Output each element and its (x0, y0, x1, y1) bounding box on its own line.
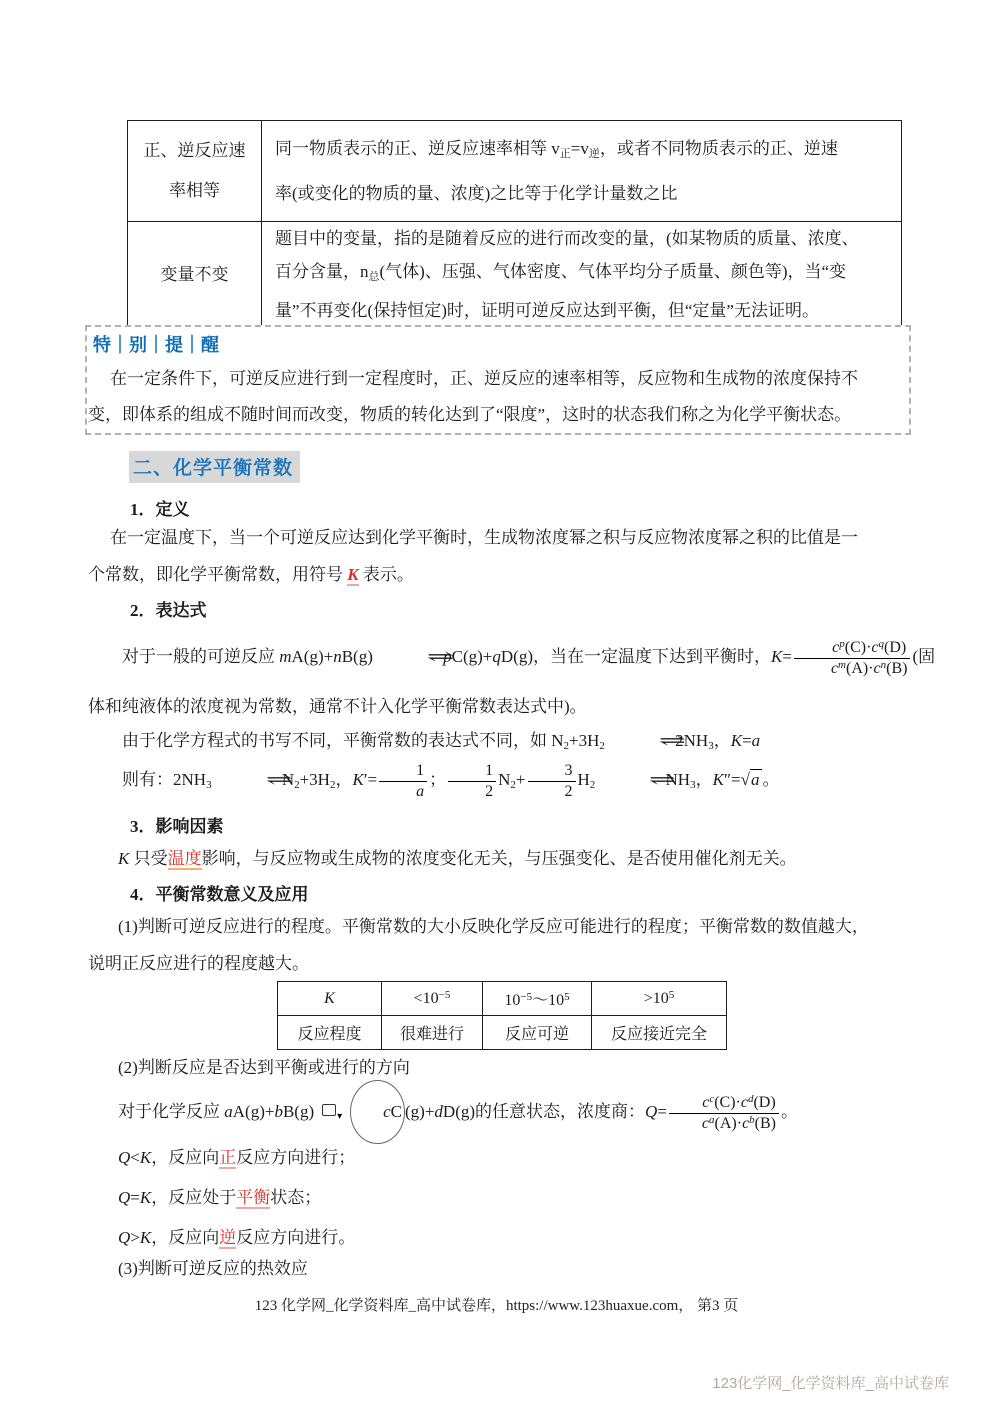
highlighted-term-forward: 正 (219, 1148, 236, 1169)
k-range-table: K <10−5 10−5～105 >105 反应程度 很难进行 反应可逆 反应接… (277, 981, 727, 1050)
formula-line: 对于化学反应 aA(g)+bB(g)▾cC(g)+dD(g)的任意状态，浓度商：… (88, 1080, 920, 1144)
equilibrium-arrow-icon: ⇌ (362, 626, 454, 688)
judge-criteria-table: 正、逆反应速 率相等 同一物质表示的正、逆反应速率相等 v正=v逆，或者不同物质… (127, 120, 902, 328)
formula-line: 对于一般的可逆反应 mA(g)+nB(g)⇌pC(g)+qD(g)，当在一定温度… (88, 626, 920, 688)
desc-line: 量”不再变化(保持恒定)时，证明可逆反应达到平衡，但“定量”无法证明。 (275, 294, 893, 327)
paragraph-line: 体和纯液体的浓度视为常数，通常不计入化学平衡常数表达式中)。 (88, 688, 920, 725)
equilibrium-arrow-icon: ⇌ (201, 752, 293, 808)
subsection-title-definition: 1．定义 (130, 495, 190, 520)
term-line: 正、逆反应速 (129, 131, 260, 171)
subsection-title-factors: 3．影响因素 (130, 812, 224, 837)
q-equal-line: Q=K，反应处于平衡状态； (88, 1178, 920, 1218)
subsection-title-expression: 2．表达式 (130, 596, 207, 621)
cell-reversible: 反应可逆 (483, 1016, 592, 1050)
watermark-text: 123化学网_化学资料库_高中试卷库 (712, 1372, 949, 1393)
fraction-three-halves: 32 (528, 761, 576, 802)
special-reminder-line: 在一定条件下，可逆反应进行到一定程度时，正、逆反应的速率相等，反应物和生成物的浓… (88, 361, 908, 397)
table-row: 反应程度 很难进行 反应可逆 反应接近完全 (278, 1016, 727, 1050)
desc-line: 率(或变化的物质的量、浓度)之比等于化学计量数之比 (275, 174, 893, 214)
fraction-one-half: 12 (448, 761, 496, 802)
cell-complete: 反应接近完全 (592, 1016, 727, 1050)
cell-degree-label: 反应程度 (278, 1016, 382, 1050)
paragraph-line: (3)判断可逆反应的热效应 (88, 1250, 920, 1287)
header-cell-gt: >105 (592, 982, 727, 1016)
document-page: 正、逆反应速 率相等 同一物质表示的正、逆反应速率相等 v正=v逆，或者不同物质… (0, 0, 993, 1404)
paragraph-line: 个常数，即化学平衡常数，用符号 K 表示。 (88, 556, 920, 593)
paragraph-line: (1)判断可逆反应进行的程度。平衡常数的大小反映化学反应可能进行的程度；平衡常数… (88, 908, 920, 945)
term-line: 率相等 (129, 171, 260, 211)
expression-paragraph: 对于一般的可逆反应 mA(g)+nB(g)⇌pC(g)+qD(g)，当在一定温度… (88, 626, 920, 725)
paragraph-line: K 只受温度影响，与反应物或生成物的浓度变化无关，与压强变化、是否使用催化剂无关… (88, 840, 920, 877)
term-cell: 正、逆反应速 率相等 (128, 121, 262, 222)
table-row: 正、逆反应速 率相等 同一物质表示的正、逆反应速率相等 v正=v逆，或者不同物质… (128, 121, 902, 222)
formula-line: 则有：2NH3⇌N2+3H2，K′=1a；12N2+32H2⇌NH3，K″=√a… (88, 752, 920, 813)
desc-cell: 题目中的变量，指的是随着反应的进行而改变的量，(如某物质的质量、浓度、 百分含量… (262, 222, 902, 328)
desc-line: 题目中的变量，指的是随着反应的进行而改变的量，(如某物质的质量、浓度、 (275, 222, 893, 255)
thermal-effect-paragraph: (3)判断可逆反应的热效应 (88, 1250, 920, 1287)
header-cell-range: 10−5～105 (483, 982, 592, 1016)
special-reminder-box: 特｜别｜提｜醒 在一定条件下，可逆反应进行到一定程度时，正、逆反应的速率相等，反… (85, 325, 911, 435)
subsection-title-application: 4．平衡常数意义及应用 (130, 880, 309, 905)
derived-constants-paragraph: 则有：2NH3⇌N2+3H2，K′=1a；12N2+32H2⇌NH3，K″=√a… (88, 752, 920, 813)
fraction-one-over-a: 1a (379, 761, 427, 802)
highlighted-symbol-K: K (347, 565, 358, 586)
highlighted-term-reverse: 逆 (219, 1228, 236, 1249)
desc-cell: 同一物质表示的正、逆反应速率相等 v正=v逆，或者不同物质表示的正、逆速 率(或… (262, 121, 902, 222)
table-row: K <10−5 10−5～105 >105 (278, 982, 727, 1016)
desc-line: 同一物质表示的正、逆反应速率相等 v正=v逆，或者不同物质表示的正、逆速 (275, 129, 893, 174)
page-footer: 123 化学网_化学资料库_高中试卷库，https://www.123huaxu… (0, 1294, 993, 1315)
application-paragraph: (1)判断可逆反应进行的程度。平衡常数的大小反映化学反应可能进行的程度；平衡常数… (88, 908, 920, 982)
paragraph-line: 说明正反应进行的程度越大。 (88, 945, 920, 982)
highlighted-term-temperature: 温度 (168, 849, 202, 870)
desc-line: 百分含量，n总(气体)、压强、气体密度、气体平均分子质量、颜色等)，当“变 (275, 255, 893, 294)
equilibrium-constant-fraction: cp(C)·cq(D)cm(A)·cn(B) (794, 638, 911, 679)
q-less-line: Q<K，反应向正反应方向进行； (88, 1138, 920, 1178)
special-reminder-line: 变，即体系的组成不随时间而改变，物质的转化达到了“限度”，这时的状态我们称之为化… (88, 397, 908, 433)
paragraph-line: 在一定温度下，当一个可逆反应达到化学平衡时，生成物浓度幂之积与反应物浓度幂之积的… (88, 519, 920, 556)
table-row: 变量不变 题目中的变量，指的是随着反应的进行而改变的量，(如某物质的质量、浓度、… (128, 222, 902, 328)
quotient-paragraph: 对于化学反应 aA(g)+bB(g)▾cC(g)+dD(g)的任意状态，浓度商：… (88, 1080, 920, 1144)
square-root-a: √a (741, 769, 763, 789)
header-cell-lt: <10−5 (382, 982, 483, 1016)
section-heading: 二、化学平衡常数 (129, 451, 300, 483)
cell-hard: 很难进行 (382, 1016, 483, 1050)
corrupted-arrow-glyph: ▾ (322, 1104, 336, 1116)
concentration-quotient-fraction: cc(C)·cd(D)ca(A)·cb(B) (669, 1093, 779, 1134)
header-cell-K: K (278, 982, 382, 1016)
definition-paragraph: 在一定温度下，当一个可逆反应达到化学平衡时，生成物浓度幂之积与反应物浓度幂之积的… (88, 519, 920, 593)
highlighted-term-equilibrium: 平衡 (236, 1188, 270, 1209)
factors-paragraph: K 只受温度影响，与反应物或生成物的浓度变化无关，与压强变化、是否使用催化剂无关… (88, 840, 920, 877)
equilibrium-arrow-icon: ⇌ (585, 752, 677, 808)
q-comparison-paragraphs: Q<K，反应向正反应方向进行； Q=K，反应处于平衡状态； Q>K，反应向逆反应… (88, 1138, 920, 1258)
term-cell: 变量不变 (128, 222, 262, 328)
circled-cC-annotation: cC (350, 1080, 405, 1144)
special-reminder-title: 特｜别｜提｜醒 (93, 331, 909, 357)
